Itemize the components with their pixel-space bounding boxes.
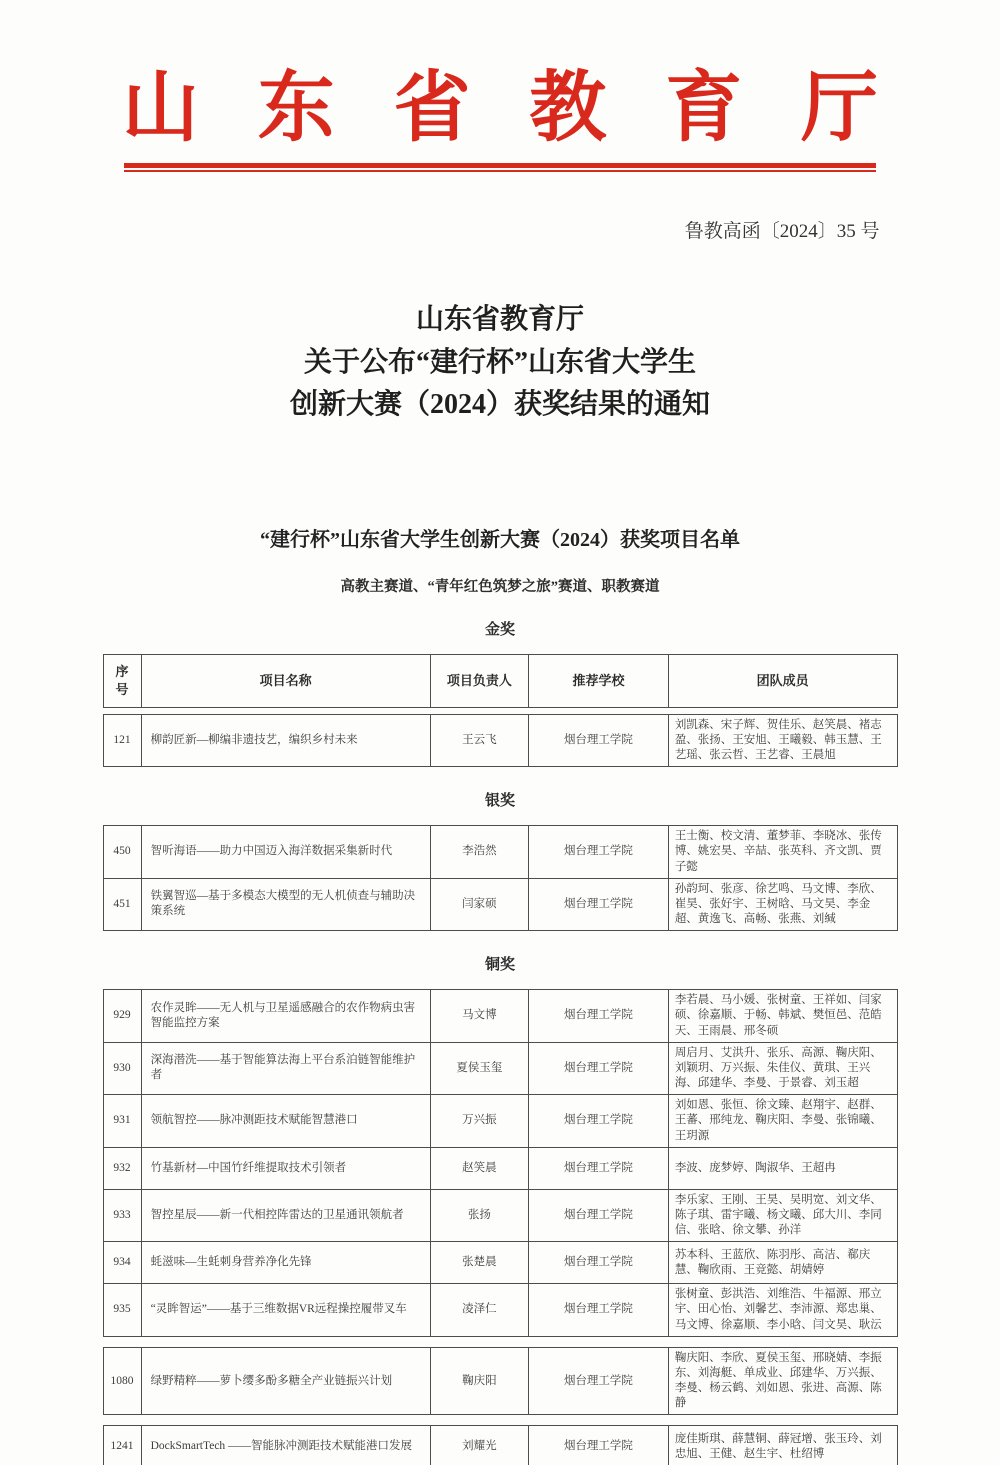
cell-team-members: 鞠庆阳、李欣、夏侯玉玺、邢晓婧、李振东、刘海艇、单成业、邱建华、万兴振、李曼、杨… (668, 1347, 897, 1415)
cell-leader: 鞠庆阳 (430, 1347, 528, 1415)
document-page: 山东省教育厅 鲁教高函〔2024〕35 号 山东省教育厅 关于公布“建行杯”山东… (0, 0, 1000, 1465)
cell-leader: 张扬 (430, 1189, 528, 1242)
cell-school: 烟台理工学院 (529, 1042, 669, 1095)
table-row: 450智听海语——助力中国迈入海洋数据采集新时代李浩然烟台理工学院王士衡、校文清… (103, 826, 897, 879)
award-sections: 金奖序号项目名称项目负责人推荐学校团队成员121柳韵匠新—柳编非遗技艺，编织乡村… (0, 618, 1000, 1465)
award-heading: 金奖 (0, 618, 1000, 639)
table-row: 933智控星辰——新一代相控阵雷达的卫星通讯领航者张扬烟台理工学院李乐家、王刚、… (103, 1189, 897, 1242)
table-row: 1080绿野精粹——萝卜缨多酚多糖全产业链振兴计划鞠庆阳烟台理工学院鞠庆阳、李欣… (103, 1347, 897, 1415)
cell-team-members: 张树童、彭洪浩、刘维浩、牛福源、邢立宇、田心怡、刘馨艺、李沛源、郑忠巢、马文博、… (668, 1284, 897, 1337)
table-row: 1241DockSmartTech ——智能脉冲测距技术赋能港口发展刘耀光烟台理… (103, 1426, 897, 1465)
cell-leader: 刘耀光 (430, 1426, 528, 1465)
document-title-line3: 创新大赛（2024）获奖结果的通知 (0, 384, 1000, 427)
cell-project-name: 柳韵匠新—柳编非遗技艺，编织乡村未来 (141, 714, 430, 767)
column-header: 项目负责人 (430, 654, 528, 707)
column-header: 团队成员 (668, 654, 897, 707)
cell-leader: 李浩然 (430, 826, 528, 879)
document-number: 鲁教高函〔2024〕35 号 (103, 216, 898, 243)
cell-school: 烟台理工学院 (529, 990, 669, 1043)
cell-serial: 929 (103, 990, 141, 1043)
agency-title-char: 东 (258, 70, 335, 147)
cell-project-name: 蚝滋味—生蚝刺身营养净化先锋 (141, 1242, 430, 1284)
cell-leader: 凌泽仁 (430, 1284, 528, 1337)
table-row: 121柳韵匠新—柳编非遗技艺，编织乡村未来王云飞烟台理工学院刘凯森、宋子辉、贺佳… (103, 714, 897, 767)
award-table: 929农作灵眸——无人机与卫星遥感融合的农作物病虫害智能监控方案马文博烟台理工学… (103, 989, 898, 1337)
table-row: 929农作灵眸——无人机与卫星遥感融合的农作物病虫害智能监控方案马文博烟台理工学… (103, 990, 897, 1043)
cell-serial: 934 (103, 1242, 141, 1284)
award-heading: 银奖 (0, 789, 1000, 810)
agency-title-char: 厅 (801, 70, 878, 147)
cell-leader: 闫家硕 (430, 878, 528, 931)
award-table: 序号项目名称项目负责人推荐学校团队成员 (103, 654, 898, 708)
cell-leader: 张楚晨 (430, 1242, 528, 1284)
cell-team-members: 周启月、艾洪升、张乐、高源、鞠庆阳、刘颖玥、万兴振、朱佳仪、黄琪、王兴海、邱建华… (668, 1042, 897, 1095)
cell-team-members: 庞佳斯琪、薛慧铜、薛冠增、张玉玲、刘忠旭、王健、赵生宇、杜绍博 (668, 1426, 897, 1465)
cell-leader: 马文博 (430, 990, 528, 1043)
cell-school: 烟台理工学院 (529, 1147, 669, 1189)
cell-serial: 1080 (103, 1347, 141, 1415)
cell-project-name: 智控星辰——新一代相控阵雷达的卫星通讯领航者 (141, 1189, 430, 1242)
cell-team-members: 孙韵珂、张彦、徐艺鸣、马文博、李欣、崔昊、张好宇、王树晗、马文昊、李金超、黄逸飞… (668, 878, 897, 931)
cell-project-name: 竹基新材—中国竹纤维提取技术引领者 (141, 1147, 430, 1189)
cell-school: 烟台理工学院 (529, 878, 669, 931)
document-title: 山东省教育厅 关于公布“建行杯”山东省大学生 创新大赛（2024）获奖结果的通知 (0, 299, 1000, 427)
agency-title: 山东省教育厅 (122, 70, 878, 147)
cell-project-name: 深海潜洗——基于智能算法海上平台系泊链智能维护者 (141, 1042, 430, 1095)
agency-title-char: 教 (529, 70, 606, 147)
column-header: 序号 (103, 654, 141, 707)
agency-title-char: 育 (665, 70, 742, 147)
red-divider-thick-line (124, 163, 876, 168)
cell-leader: 夏侯玉玺 (430, 1042, 528, 1095)
cell-serial: 450 (103, 826, 141, 879)
table-row: 935“灵眸智运”——基于三维数据VR远程操控履带叉车凌泽仁烟台理工学院张树童、… (103, 1284, 897, 1337)
table-row: 930深海潜洗——基于智能算法海上平台系泊链智能维护者夏侯玉玺烟台理工学院周启月… (103, 1042, 897, 1095)
cell-team-members: 苏本科、王蓝欣、陈羽彤、高洁、郗庆慧、鞠欣雨、王竞懿、胡婧婷 (668, 1242, 897, 1284)
document-title-line2: 关于公布“建行杯”山东省大学生 (0, 342, 1000, 385)
cell-leader: 王云飞 (430, 714, 528, 767)
table-row: 451铁翼智巡—基于多模态大模型的无人机侦查与辅助决策系统闫家硕烟台理工学院孙韵… (103, 878, 897, 931)
header-row: 序号项目名称项目负责人推荐学校团队成员 (103, 654, 897, 707)
table-row: 934蚝滋味—生蚝刺身营养净化先锋张楚晨烟台理工学院苏本科、王蓝欣、陈羽彤、高洁… (103, 1242, 897, 1284)
column-header: 项目名称 (141, 654, 430, 707)
column-header: 推荐学校 (529, 654, 669, 707)
cell-project-name: 农作灵眸——无人机与卫星遥感融合的农作物病虫害智能监控方案 (141, 990, 430, 1043)
cell-school: 烟台理工学院 (529, 1347, 669, 1415)
document-title-line1: 山东省教育厅 (0, 299, 1000, 342)
cell-school: 烟台理工学院 (529, 1242, 669, 1284)
award-list-title: “建行杯”山东省大学生创新大赛（2024）获奖项目名单 (0, 523, 1000, 552)
cell-school: 烟台理工学院 (529, 1284, 669, 1337)
cell-team-members: 李乐家、王刚、王昊、吴明宽、刘文华、陈子琪、雷宇曦、杨文曦、邱大川、李同信、张晗… (668, 1189, 897, 1242)
cell-project-name: 智听海语——助力中国迈入海洋数据采集新时代 (141, 826, 430, 879)
cell-serial: 930 (103, 1042, 141, 1095)
cell-team-members: 王士衡、校文清、董梦菲、李晓冰、张传博、姚宏昊、辛喆、张英科、齐文凯、贾子懿 (668, 826, 897, 879)
cell-serial: 932 (103, 1147, 141, 1189)
award-table: 1080绿野精粹——萝卜缨多酚多糖全产业链振兴计划鞠庆阳烟台理工学院鞠庆阳、李欣… (103, 1347, 898, 1416)
table-row: 932竹基新材—中国竹纤维提取技术引领者赵笑晨烟台理工学院李波、庞梦婷、陶淑华、… (103, 1147, 897, 1189)
cell-project-name: 绿野精粹——萝卜缨多酚多糖全产业链振兴计划 (141, 1347, 430, 1415)
cell-serial: 931 (103, 1095, 141, 1148)
agency-title-char: 山 (122, 70, 199, 147)
award-table: 121柳韵匠新—柳编非遗技艺，编织乡村未来王云飞烟台理工学院刘凯森、宋子辉、贺佳… (103, 714, 898, 768)
cell-project-name: “灵眸智运”——基于三维数据VR远程操控履带叉车 (141, 1284, 430, 1337)
cell-project-name: DockSmartTech ——智能脉冲测距技术赋能港口发展 (141, 1426, 430, 1465)
cell-leader: 万兴振 (430, 1095, 528, 1148)
cell-project-name: 铁翼智巡—基于多模态大模型的无人机侦查与辅助决策系统 (141, 878, 430, 931)
award-heading: 铜奖 (0, 953, 1000, 974)
cell-leader: 赵笑晨 (430, 1147, 528, 1189)
cell-school: 烟台理工学院 (529, 1426, 669, 1465)
award-table: 1241DockSmartTech ——智能脉冲测距技术赋能港口发展刘耀光烟台理… (103, 1425, 898, 1465)
cell-project-name: 领航智控——脉冲测距技术赋能智慧港口 (141, 1095, 430, 1148)
cell-serial: 1241 (103, 1426, 141, 1465)
cell-team-members: 刘如恩、张恒、徐文臻、赵翔宇、赵群、王蕃、邢纯龙、鞠庆阳、李曼、张锦曦、王玥源 (668, 1095, 897, 1148)
cell-team-members: 李波、庞梦婷、陶淑华、王超冉 (668, 1147, 897, 1189)
cell-serial: 933 (103, 1189, 141, 1242)
cell-school: 烟台理工学院 (529, 1095, 669, 1148)
agency-title-char: 省 (394, 70, 471, 147)
cell-serial: 935 (103, 1284, 141, 1337)
cell-school: 烟台理工学院 (529, 714, 669, 767)
red-divider (124, 163, 876, 172)
cell-team-members: 李若晨、马小媛、张树童、王祥如、闫家硕、徐嘉顺、于畅、韩斌、樊恒邑、范皓天、王雨… (668, 990, 897, 1043)
cell-school: 烟台理工学院 (529, 826, 669, 879)
table-row: 931领航智控——脉冲测距技术赋能智慧港口万兴振烟台理工学院刘如恩、张恒、徐文臻… (103, 1095, 897, 1148)
award-table: 450智听海语——助力中国迈入海洋数据采集新时代李浩然烟台理工学院王士衡、校文清… (103, 825, 898, 931)
cell-serial: 121 (103, 714, 141, 767)
cell-serial: 451 (103, 878, 141, 931)
tracks-subtitle: 高教主赛道、“青年红色筑梦之旅”赛道、职教赛道 (0, 575, 1000, 596)
red-divider-thin-line (124, 170, 876, 172)
cell-school: 烟台理工学院 (529, 1189, 669, 1242)
cell-team-members: 刘凯森、宋子辉、贺佳乐、赵笑晨、褚志盈、张扬、王安旭、王曦毅、韩玉慧、王艺瑶、张… (668, 714, 897, 767)
